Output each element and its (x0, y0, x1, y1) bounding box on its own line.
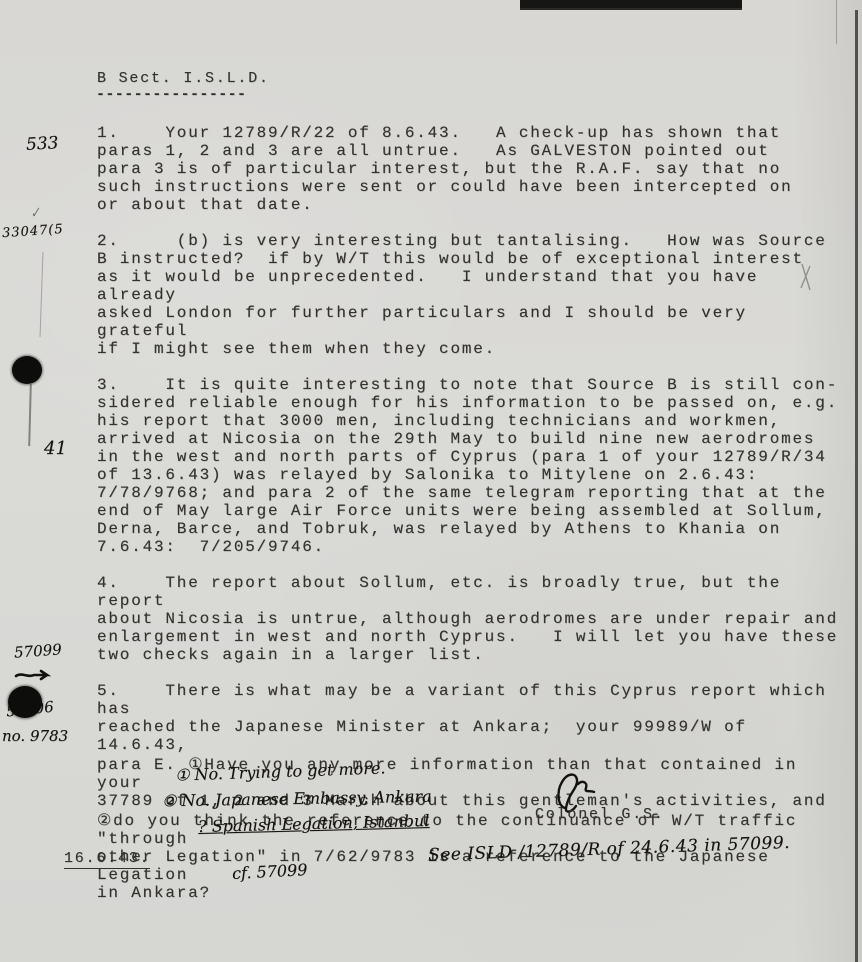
scanned-document-page: B Sect. I.S.L.D. ---------------- 1. You… (0, 0, 862, 962)
cf-note: cf. 57099 (232, 860, 308, 883)
scan-right-edge-line (855, 10, 858, 962)
hole-punch-stem (28, 384, 31, 446)
paragraph-1: 1. Your 12789/R/22 of 8.6.43. A check-up… (97, 124, 847, 214)
margin-arrow-scribble (14, 668, 54, 682)
paragraph-3: 3. It is quite interesting to note that … (97, 376, 847, 556)
margin-pencil-stroke (40, 252, 44, 337)
margin-note-533: 533 (25, 133, 58, 155)
margin-note-57099: 57099 (13, 640, 62, 661)
heading-underline: ---------------- (96, 86, 246, 104)
scan-fold-line (836, 0, 837, 44)
margin-tick-mark: ✓ (28, 205, 42, 222)
hole-punch-dot-top (12, 356, 42, 384)
date-text: 16.6.43. (64, 850, 150, 869)
margin-note-9783: no. 9783 (2, 727, 68, 745)
scan-top-bar-artifact (520, 0, 742, 10)
paragraph-4: 4. The report about Sollum, etc. is broa… (97, 574, 847, 664)
hole-punch-dot-bottom (8, 686, 42, 718)
margin-note-41: 41 (44, 438, 67, 459)
signoff-date: 16.6.43. (64, 850, 150, 868)
stray-pencil-mark (798, 262, 816, 292)
paragraph-2: 2. (b) is very interesting but tantalisi… (97, 232, 847, 358)
margin-note-33047: 33047(5 (2, 222, 65, 241)
signoff-rank: Colonel G.S. (535, 806, 665, 824)
